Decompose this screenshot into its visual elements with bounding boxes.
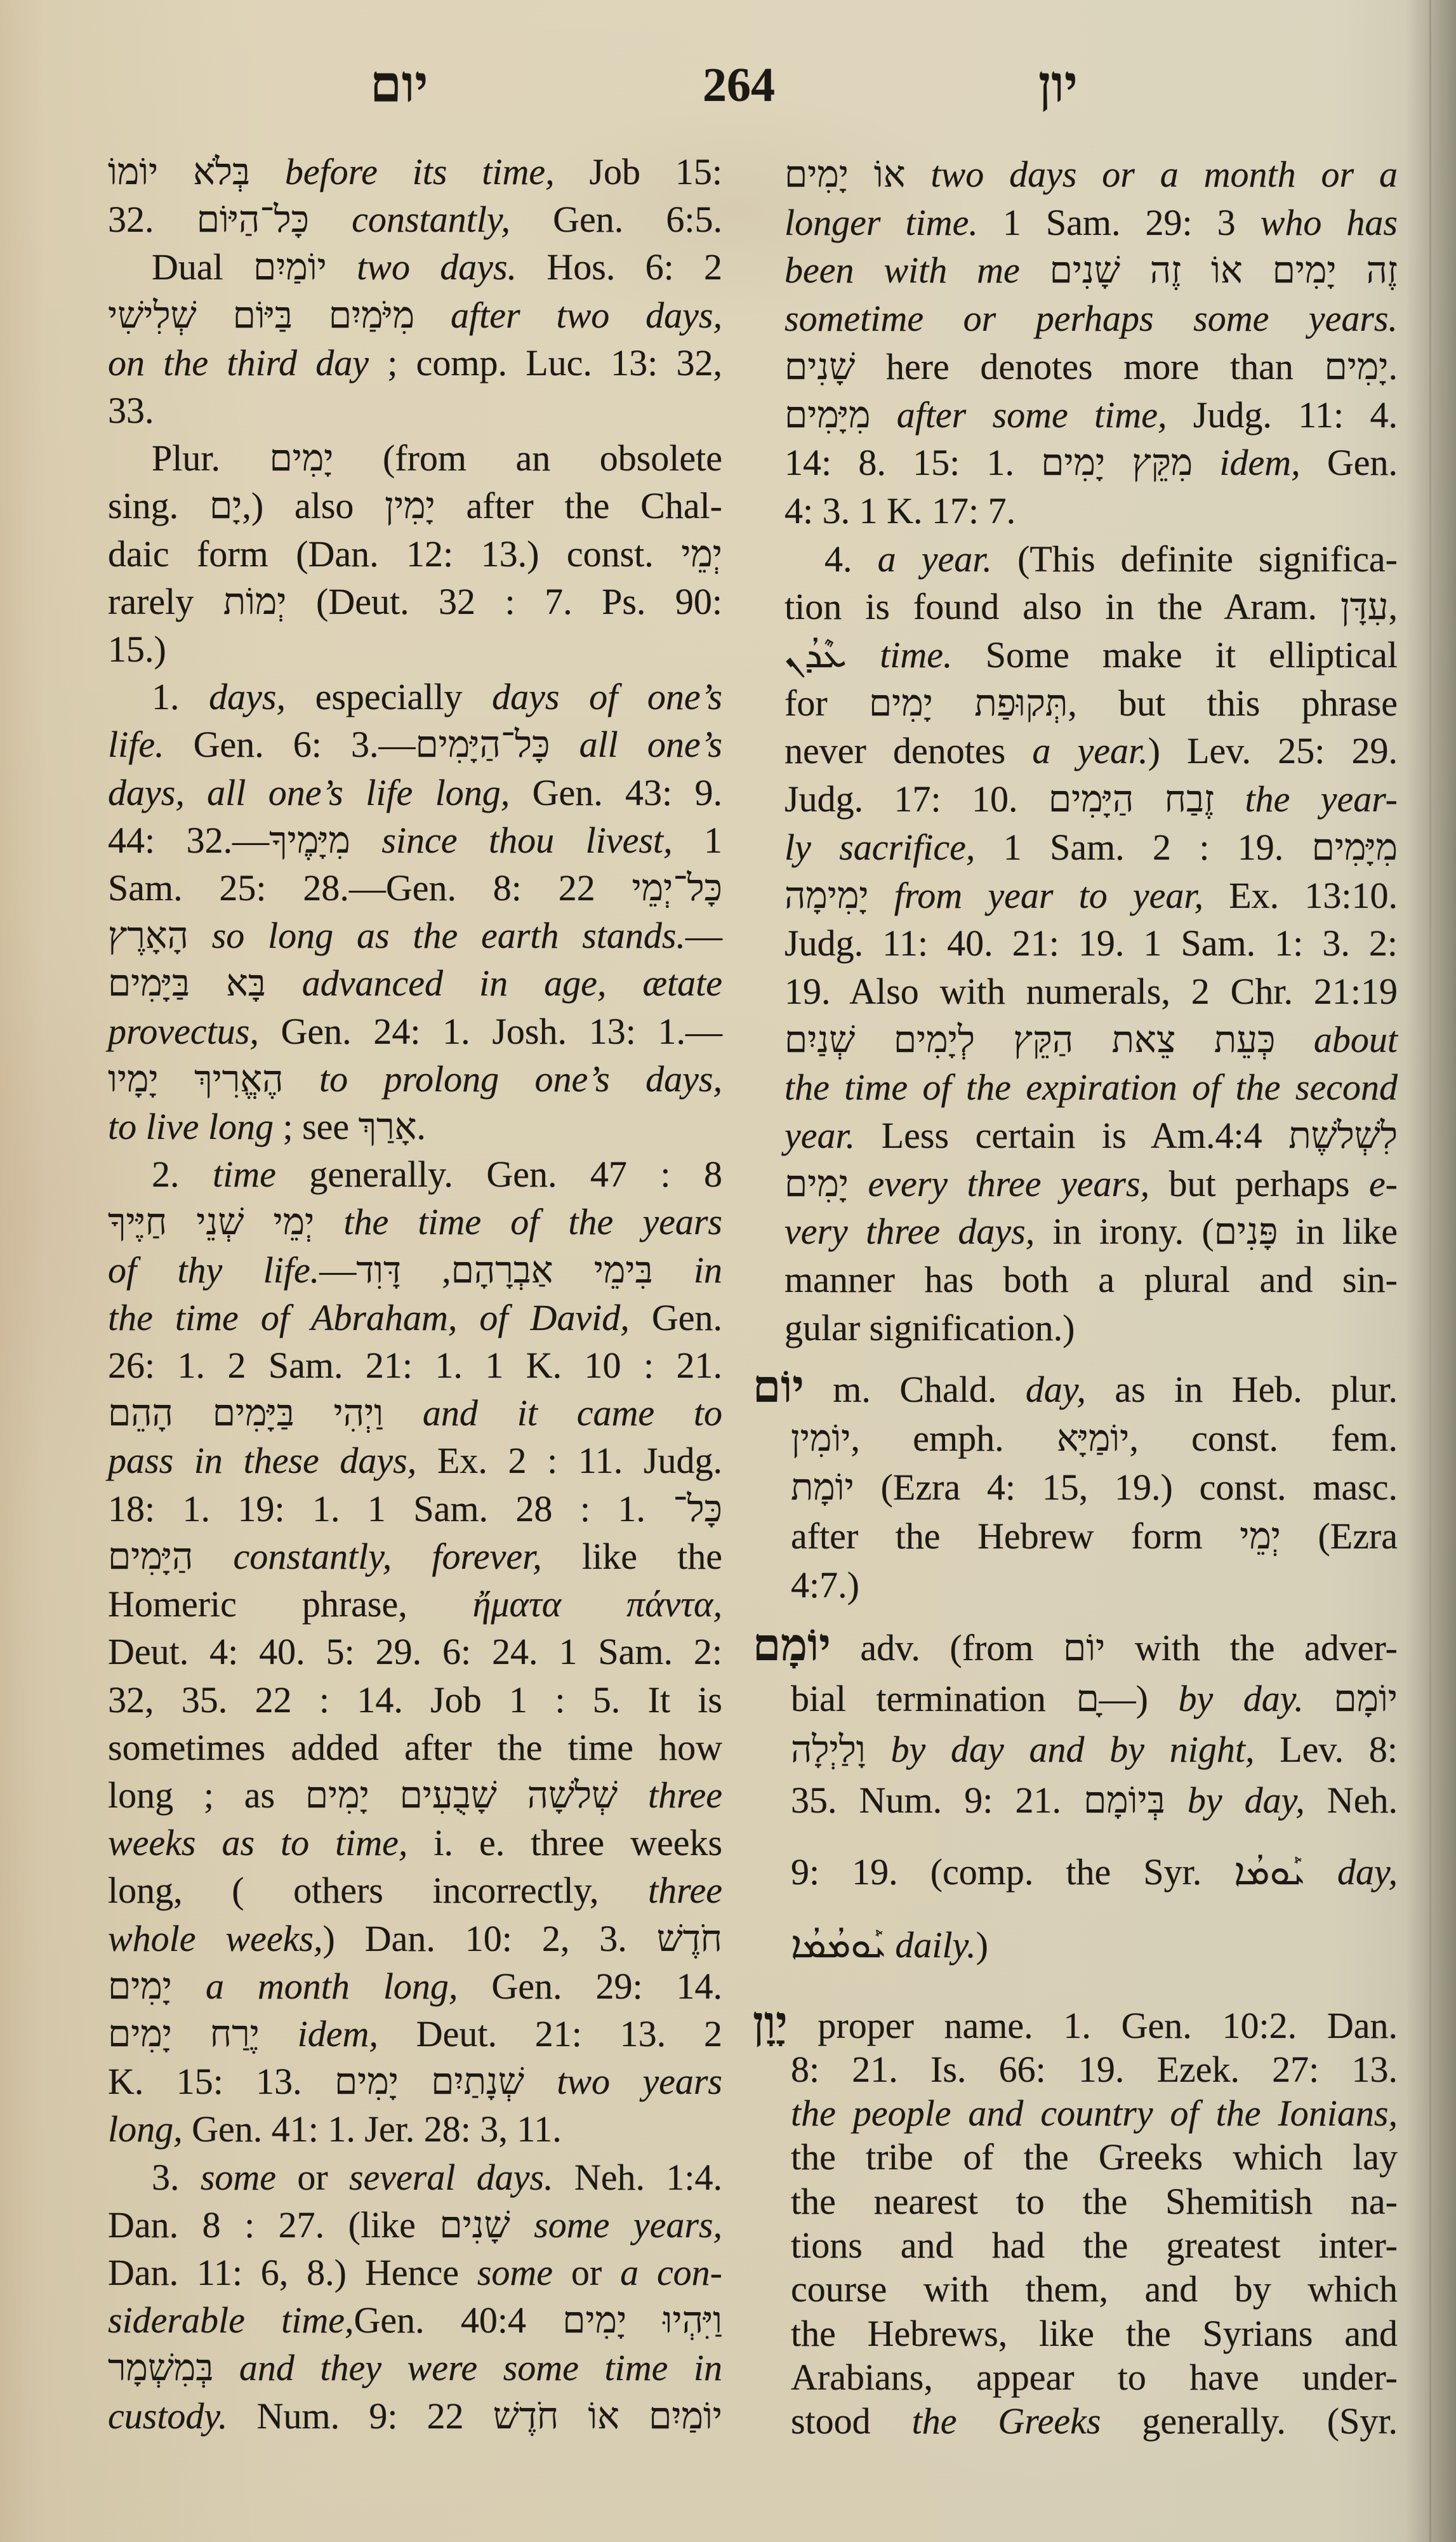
text-line: long ; as שְׁלשָׁה שָׁבֻעִים יָמִים thre… (108, 1771, 722, 1819)
italic-text: and it came to (423, 1392, 722, 1434)
text-line: long, ( others incorrectly, three (108, 1867, 722, 1914)
roman-text: 32, 35. 22 : 14. Job 1 : 5. It is (108, 1679, 722, 1720)
text-line: 15.) (108, 625, 722, 673)
italic-text: some years, (534, 2204, 722, 2246)
text-line: 44: 32.—מִיָּמֶיךָ since thou livest, 1 (108, 816, 722, 864)
text-line: bial termination ‏—ָם) by day. יוֹמָם (791, 1674, 1398, 1724)
roman-text: rarely יְמוֹת (Deut. 32 : 7. Ps. 90: (108, 581, 722, 622)
roman-text: ; see אָרַךְ. (274, 1106, 426, 1147)
text-line: pass in these days, Ex. 2 : 11. Judg. (108, 1437, 722, 1484)
roman-text: after the Hebrew form יְמֵי (Ezra (791, 1515, 1398, 1557)
italic-text: weeks as to time, (108, 1822, 407, 1863)
roman-text: Deut. 4: 40. 5: 29. 6: 24. 1 Sam. 2: (108, 1631, 722, 1672)
italic-text: the time of Abraham, of David, (108, 1297, 630, 1338)
roman-text: long ; as שְׁלשָׁה שָׁבֻעִים יָמִים (108, 1774, 648, 1816)
italic-text: life. (108, 724, 164, 765)
text-line: manner has both a plural and sin- (784, 1256, 1398, 1304)
roman-text: Ex. 2 : 11. Judg. (416, 1440, 722, 1481)
roman-text: Some make it elliptical (953, 634, 1398, 675)
roman-text: Deut. 21: 13. 2 (378, 2013, 722, 2054)
italic-text: sometime or perhaps some years. (784, 298, 1398, 339)
roman-text: the tribe of the Greeks which lay (791, 2136, 1398, 2178)
roman-text: ) (976, 1924, 988, 1966)
text-line: tions and had the greatest inter- (791, 2223, 1398, 2267)
italic-text: who has (1261, 202, 1398, 243)
italic-text: before its time, (285, 151, 555, 192)
roman-text: Neh. (1305, 1780, 1398, 1821)
text-line: very three days, in irony. (פָּנִים in l… (784, 1208, 1398, 1256)
italic-text: advanced in age, ætate (302, 962, 722, 1004)
italic-text: idem, (298, 2013, 378, 2054)
roman-text: never denotes (784, 730, 1032, 771)
roman-text: Homeric phrase, (108, 1583, 473, 1625)
roman-text: 26: 1. 2 Sam. 21: 1. 1 K. 10 : 21. (108, 1345, 722, 1386)
text-line: בְּמִשְׁמָר and they were some time in (108, 2344, 722, 2392)
italic-text: every three years, (868, 1163, 1149, 1204)
roman-text: Judg. 11: 40. 21: 19. 1 Sam. 1: 3. 2: (784, 922, 1398, 964)
roman-text: וַיְהִי בַּיָּמִים הָהֵם (108, 1392, 423, 1434)
roman-text: like the (542, 1536, 722, 1577)
text-line: יְמֵי שְׁנֵי חַיֶּיךָ the time of the ye… (108, 1198, 722, 1246)
roman-text: Gen. (1300, 442, 1398, 483)
roman-text: 2. (152, 1154, 213, 1195)
roman-text: יָמִים (784, 1163, 868, 1204)
text-line: Dual יוֹמַיִם two days. Hos. 6: 2 (108, 243, 722, 291)
text-line: 26: 1. 2 Sam. 21: 1. 1 K. 10 : 21. (108, 1341, 722, 1389)
text-line: stood the Greeks generally. (Syr. (791, 2399, 1398, 2443)
roman-text: בְּמִשְׁמָר (108, 2347, 239, 2388)
roman-text: Gen. 6:5. (510, 199, 722, 240)
italic-text: siderable time, (108, 2299, 354, 2341)
text-line: whole weeks,) Dan. 10: 2, 3. חֹדֶשׁ (108, 1915, 722, 1962)
text-line: 4:7.) (791, 1560, 1398, 1609)
roman-text: daic form (Dan. 12: 13.) const. יְמֵי (108, 533, 722, 575)
roman-text: the nearest to the Shemitish na- (791, 2181, 1398, 2222)
text-line: Homeric phrase, ἤματα πάντα, (108, 1580, 722, 1628)
roman-text: m. Chald. (804, 1369, 1026, 1410)
roman-text: Num. 9: 22 יוֹמַיִם אוֹ חֹדֶשׁ (227, 2395, 722, 2437)
text-line: יָוָן proper name. 1. Gen. 10:2. Dan. (791, 2002, 1398, 2047)
italic-text: two days. (357, 246, 517, 288)
roman-text: Dan. 11: 6, 8.) Hence (108, 2252, 477, 2293)
roman-text: Sam. 25: 28.—Gen. 8: 22 כָּל־יְמֵי (108, 867, 722, 908)
roman-text: stood (791, 2400, 912, 2442)
italic-text: constantly, forever, (234, 1536, 542, 1577)
text-line: 35. Num. 9: 21. בְּיוֹמָם by day, Neh. (791, 1775, 1398, 1826)
roman-text: 18: 1. 19: 1. 1 Sam. 28 : 1. כָּל־ (108, 1488, 722, 1529)
roman-text: 4:7.) (791, 1564, 859, 1606)
italic-text: and they were some time in (239, 2347, 722, 2388)
roman-text: 9: 19. (comp. the Syr. ܝܰܘܡܳܐ (791, 1851, 1337, 1893)
roman-text: וָלַיְלָה (791, 1729, 890, 1770)
text-line: אוֹ יָמִים two days or a month or a (784, 150, 1398, 199)
roman-text: יוֹמָם (1304, 1678, 1398, 1719)
italic-text: time. (880, 634, 952, 675)
italic-text: long, (108, 2108, 183, 2150)
roman-text: יָמִים (108, 1966, 206, 2007)
roman-text: 35. Num. 9: 21. בְּיוֹמָם (791, 1780, 1188, 1821)
roman-text: but perhaps (1149, 1163, 1369, 1204)
text-line: to live long ; see אָרַךְ. (108, 1103, 722, 1150)
italic-text: two years (557, 2061, 722, 2102)
text-line: Judg. 11: 40. 21: 19. 1 Sam. 1: 3. 2: (784, 919, 1398, 968)
italic-text: three (648, 1870, 722, 1911)
roman-text: מִיָּמִים (784, 394, 897, 436)
text-line: ܝܰܘܡܳܡܳܐ daily.) (791, 1920, 1398, 1971)
italic-text: e- (1369, 1163, 1398, 1204)
roman-text: Less certain is Am.4:4 לִשְׁלשֶׁת (855, 1115, 1398, 1156)
roman-text: אוֹ יָמִים (784, 154, 930, 195)
italic-text: the time of the expiration of the second (784, 1067, 1398, 1108)
roman-text: long, ( others incorrectly, (108, 1870, 648, 1911)
text-line: כְּעֵת צֵאת הַקֵּץ לְיָמִים שְׁנַיִם abo… (784, 1016, 1398, 1064)
roman-text: especially (286, 676, 492, 717)
roman-text: tion is found also in the Aram. עִדָּן, (784, 586, 1398, 627)
roman-text: Gen. 6: 3.—כָּל־הַיָּמִים (164, 724, 579, 765)
text-line: siderable time,Gen. 40:4 וַיִּהְיוּ יָמִ… (108, 2296, 722, 2344)
text-line: 9: 19. (comp. the Syr. ܝܰܘܡܳܐ day, (791, 1847, 1398, 1898)
roman-text: כְּעֵת צֵאת הַקֵּץ לְיָמִים שְׁנַיִם (784, 1019, 1314, 1060)
roman-text: ) Dan. 10: 2, 3. חֹדֶשׁ (322, 1918, 722, 1959)
headword: יָוָן (753, 1999, 788, 2048)
text-line: days, all one’s life long, Gen. 43: 9. (108, 769, 722, 816)
italic-text: time (213, 1154, 276, 1195)
headword: יוֹמָם (753, 1621, 831, 1670)
roman-text: הֶאֱרִיךְ יָמָיו (108, 1058, 319, 1100)
italic-text: day, (1337, 1851, 1398, 1893)
italic-text: two days or a month or a (930, 154, 1398, 195)
italic-text: very three days, (784, 1211, 1035, 1252)
text-line: ly sacrifice, 1 Sam. 2 : 19. מִיָּמִים (784, 823, 1398, 872)
italic-text: daily. (895, 1924, 976, 1966)
text-line: הָאָרֶץ so long as the earth stands.— (108, 912, 722, 959)
italic-text: several days. (349, 2157, 553, 2198)
italic-text: a year. (878, 538, 992, 580)
text-line: 19. Also with numerals, 2 Chr. 21:19 (784, 968, 1398, 1016)
roman-text: or (553, 2252, 620, 2293)
text-line: on the third day ; comp. Luc. 13: 32, (108, 339, 722, 387)
running-header: יום 264 יון (0, 53, 1456, 123)
roman-text: Hos. 6: 2 (517, 246, 722, 288)
entry-block: יוֹם m. Chald. day, as in Heb. plur.יוֹמ… (784, 1363, 1398, 1609)
italic-text: after two days, (451, 295, 722, 336)
roman-text: 4. (824, 538, 878, 580)
roman-text: Gen. 40:4 וַיִּהְיוּ יָמִים (354, 2299, 722, 2341)
roman-text: Gen. 29: 14. (458, 1966, 722, 2007)
roman-text: 8: 21. Is. 66: 19. Ezek. 27: 13. (791, 2049, 1398, 2090)
italic-text: a con- (620, 2252, 722, 2293)
italic-text: to live long (108, 1106, 274, 1147)
roman-text: in irony. (פָּנִים in like (1035, 1211, 1398, 1252)
italic-text: provectus, (108, 1011, 259, 1052)
text-line: life. Gen. 6: 3.—כָּל־הַיָּמִים all one’… (108, 721, 722, 768)
roman-text: adv. (from יוֹם with the adver- (831, 1627, 1398, 1668)
italic-text: constantly, (352, 199, 510, 240)
text-line: Deut. 4: 40. 5: 29. 6: 24. 1 Sam. 2: (108, 1628, 722, 1675)
text-line: the tribe of the Greeks which lay (791, 2135, 1398, 2179)
roman-text: בְּלֹא יוֹמוֹ (108, 151, 285, 192)
italic-text: in (694, 1249, 722, 1291)
text-line: 3. some or several days. Neh. 1:4. (108, 2153, 722, 2201)
text-line: 32. כָּל־הַיּוֹם constantly, Gen. 6:5. (108, 196, 722, 243)
roman-text: Gen. 24: 1. Josh. 13: 1.— (259, 1011, 722, 1052)
text-line: Sam. 25: 28.—Gen. 8: 22 כָּל־יְמֵי (108, 864, 722, 912)
italic-text: after some time, (897, 394, 1167, 436)
left-column: בְּלֹא יוֹמוֹ before its time, Job 15:32… (108, 148, 722, 2440)
italic-text: idem, (1219, 442, 1300, 483)
text-line: sometime or perhaps some years. (784, 295, 1398, 343)
roman-text: Gen. 43: 9. (510, 772, 722, 813)
text-line: וָלַיְלָה by day and by night, Lev. 8: (791, 1724, 1398, 1775)
page-number: 264 (701, 53, 777, 117)
roman-text: Lev. 8: (1254, 1729, 1398, 1770)
text-line: sing. יָם,) also יָמִין after the Chal- (108, 482, 722, 529)
italic-text: day, (1026, 1369, 1086, 1410)
italic-text: three (648, 1774, 722, 1816)
text-line: 8: 21. Is. 66: 19. Ezek. 27: 13. (791, 2047, 1398, 2091)
text-line: been with me זֶה יָמִים אוֹ זֶה שָׁנִים (784, 246, 1398, 295)
italic-text: on the third day (108, 342, 369, 383)
italic-text: about (1314, 1019, 1398, 1060)
italic-text: since thou livest, (381, 820, 672, 861)
text-line: Arabians, appear to have under- (791, 2355, 1398, 2399)
italic-text: the year- (1245, 778, 1398, 820)
roman-text: זֶה יָמִים אוֹ זֶה שָׁנִים (1020, 250, 1398, 291)
roman-text: manner has both a plural and sin- (784, 1259, 1398, 1300)
italic-text: all one’s (579, 724, 722, 765)
text-line: the nearest to the Shemitish na- (791, 2179, 1398, 2223)
italic-text: longer time. (784, 202, 978, 243)
text-line: שָׁנִים here denotes more than יָמִים. (784, 343, 1398, 391)
italic-text: days, all one’s life long, (108, 772, 510, 813)
text-line: longer time. 1 Sam. 29: 3 who has (784, 199, 1398, 247)
roman-text: Neh. 1:4. (553, 2157, 722, 2198)
roman-text: ) Lev. 25: 29. (1148, 730, 1398, 771)
text-line: 1. days, especially days of one’s (108, 673, 722, 721)
roman-text: Gen. 41: 1. Jer. 28: 3, 11. (183, 2108, 562, 2150)
roman-text: הָאָרֶץ (108, 915, 212, 956)
italic-text: so long as the earth stands. (212, 915, 685, 956)
roman-text: יוֹמָת (Ezra 4: 15, 19.) const. masc. (791, 1467, 1398, 1508)
roman-text: הַיָּמִים (108, 1536, 234, 1577)
guide-word-right: יון (1038, 53, 1078, 117)
roman-text: 14: 8. 15: 1. מִקֵּץ יָמִים (784, 442, 1219, 483)
roman-text: i. e. three weeks (407, 1822, 722, 1863)
text-line: course with them, and by which (791, 2267, 1398, 2311)
text-line: 18: 1. 19: 1. 1 Sam. 28 : 1. כָּל־ (108, 1485, 722, 1533)
italic-text: some (201, 2157, 276, 2198)
roman-text: generally. (Syr. (1101, 2400, 1398, 2442)
roman-text: as in Heb. plur. (1086, 1369, 1398, 1410)
roman-text: gular signification.) (784, 1307, 1075, 1348)
text-line: year. Less certain is Am.4:4 לִשְׁלשֶׁת (784, 1112, 1398, 1160)
italic-text: a year. (1032, 730, 1148, 771)
text-line: provectus, Gen. 24: 1. Josh. 13: 1.— (108, 1008, 722, 1055)
guide-word-left: יום (370, 53, 428, 117)
text-line: יֶרַח יָמִים idem, Deut. 21: 13. 2 (108, 2010, 722, 2058)
roman-text: 33. (108, 390, 154, 431)
roman-text: 15.) (108, 629, 166, 670)
roman-text: 3. (152, 2157, 201, 2198)
text-line: Plur. יָמִים (from an obsolete (108, 434, 722, 482)
text-line: K. 15: 13. שְׁנָתַיִם יָמִים two years (108, 2058, 722, 2105)
roman-text: יָמִימָה (784, 875, 894, 916)
text-line: rarely יְמוֹת (Deut. 32 : 7. Ps. 90: (108, 578, 722, 625)
text-line: the people and country of the Ionians, (791, 2091, 1398, 2135)
text-line: יָמִימָה from year to year, Ex. 13:10. (784, 872, 1398, 920)
roman-text: 4: 3. 1 K. 17: 7. (784, 490, 1016, 531)
italic-text: custody. (108, 2395, 227, 2437)
italic-text: ly sacrifice, (784, 827, 975, 868)
text-line: tion is found also in the Aram. עִדָּן, (784, 583, 1398, 631)
italic-text: some (477, 2252, 553, 2293)
roman-text: Ex. 13:10. (1203, 875, 1398, 916)
text-line: יוֹמָת (Ezra 4: 15, 19.) const. masc. (791, 1463, 1398, 1512)
roman-text: generally. Gen. 47 : 8 (276, 1154, 722, 1195)
italic-text: days, (209, 676, 286, 717)
text-line: never denotes a year.) Lev. 25: 29. (784, 727, 1398, 775)
text-line: for תְּקוּפַת יָמִים, but this phrase (784, 679, 1398, 728)
roman-text: ܝܰܘܡܳܡܳܐ (791, 1924, 895, 1966)
roman-text: שָׁנִים here denotes more than יָמִים. (784, 346, 1398, 387)
text-line: יוֹמִין, emph. יוֹמַיָּא, const. fem. (791, 1414, 1398, 1463)
text-line: 4: 3. 1 K. 17: 7. (784, 487, 1398, 535)
text-line: הַיָּמִים constantly, forever, like the (108, 1533, 722, 1580)
roman-text: bial termination ‏—ָם) (791, 1678, 1179, 1719)
italic-text: to prolong one’s days, (319, 1058, 722, 1100)
text-line: daic form (Dan. 12: 13.) const. יְמֵי (108, 530, 722, 578)
text-line: long, Gen. 41: 1. Jer. 28: 3, 11. (108, 2105, 722, 2153)
text-line: 32, 35. 22 : 14. Job 1 : 5. It is (108, 1676, 722, 1724)
text-line: 2. time generally. Gen. 47 : 8 (108, 1150, 722, 1198)
roman-text: 1 Sam. 29: 3 (978, 202, 1261, 243)
roman-text: יְמֵי שְׁנֵי חַיֶּיךָ (108, 1201, 343, 1242)
roman-text: 32. כָּל־הַיּוֹם (108, 199, 352, 240)
roman-text: 1 (673, 820, 723, 861)
text-line: the time of the expiration of the second (784, 1063, 1398, 1112)
roman-text: — (685, 915, 722, 956)
text-line: בְּלֹא יוֹמוֹ before its time, Job 15: (108, 148, 722, 196)
roman-text: sing. יָם,) also יָמִין after the Chal- (108, 485, 722, 526)
roman-text: tions and had the greatest inter- (791, 2225, 1398, 2266)
italic-text: a month long, (206, 1966, 458, 2007)
italic-text: by day and by night, (890, 1729, 1254, 1770)
roman-text: K. 15: 13. שְׁנָתַיִם יָמִים (108, 2061, 557, 2102)
roman-text: proper name. 1. Gen. 10:2. Dan. (788, 2005, 1398, 2046)
text-line: custody. Num. 9: 22 יוֹמַיִם אוֹ חֹדֶשׁ (108, 2392, 722, 2440)
roman-text: 44: 32.—מִיָּמֶיךָ (108, 820, 381, 861)
roman-text: Arabians, appear to have under- (791, 2357, 1398, 2398)
roman-text: בָּא בַּיָּמִים (108, 962, 302, 1004)
italic-text: by day. (1179, 1678, 1304, 1719)
roman-text: 1. (152, 676, 209, 717)
text-line: הֶאֱרִיךְ יָמָיו to prolong one’s days, (108, 1055, 722, 1103)
text-line: יוֹמָם adv. (from יוֹם with the adver- (791, 1620, 1398, 1674)
italic-text: by day, (1188, 1780, 1305, 1821)
italic-text: been with me (784, 250, 1020, 291)
entry-block: בְּלֹא יוֹמוֹ before its time, Job 15:32… (108, 148, 722, 2440)
roman-text: the Hebrews, like the Syrians and (791, 2313, 1398, 2354)
roman-text: יוֹמִין, emph. יוֹמַיָּא, const. fem. (791, 1418, 1398, 1459)
entry-block: אוֹ יָמִים two days or a month or alonge… (784, 150, 1398, 1352)
italic-text: days of one’s (492, 676, 722, 717)
text-line: the time of Abraham, of David, Gen. (108, 1294, 722, 1341)
italic-text: year. (784, 1115, 855, 1156)
entry-block: יָוָן proper name. 1. Gen. 10:2. Dan.8: … (784, 2002, 1398, 2444)
text-line: יָמִים a month long, Gen. 29: 14. (108, 1962, 722, 2010)
text-line: of thy life.—בִּימֵי אַבְרָהָם, דָּוִד i… (108, 1246, 722, 1294)
roman-text: Job 15: (555, 151, 722, 192)
text-line: וַיְהִי בַּיָּמִים הָהֵם and it came to (108, 1389, 722, 1437)
text-line: מִיֹּמַיִם בַּיּוֹם שְׁלִישִׁי after two… (108, 291, 722, 339)
text-line: the Hebrews, like the Syrians and (791, 2312, 1398, 2355)
roman-text: for תְּקוּפַת יָמִים, but this phrase (784, 682, 1398, 724)
italic-text: of thy life. (108, 1249, 319, 1291)
headword: יוֹם (753, 1362, 804, 1412)
roman-text: Gen. (630, 1297, 722, 1338)
right-column: אוֹ יָמִים two days or a month or alonge… (784, 150, 1398, 2444)
italic-text: the time of the years (343, 1201, 722, 1242)
text-line: יָמִים every three years, but perhaps e- (784, 1160, 1398, 1208)
italic-text: from year to year, (894, 875, 1203, 916)
binding-shadow (1429, 0, 1431, 2542)
roman-text: ; comp. Luc. 13: 32, (369, 342, 722, 383)
roman-text: Plur. יָמִים (from an obsolete (152, 437, 722, 479)
roman-text: or (276, 2157, 349, 2198)
text-line: Dan. 8 : 27. (like שָׁנִים some years, (108, 2201, 722, 2249)
roman-text: Judg. 11: 4. (1167, 394, 1398, 436)
roman-text: (This definite significa- (992, 538, 1398, 580)
roman-text: Dan. 8 : 27. (like שָׁנִים (108, 2204, 534, 2246)
roman-text: sometimes added after the time how (108, 1727, 722, 1768)
italic-text: pass in these days, (108, 1440, 416, 1481)
text-line: Dan. 11: 6, 8.) Hence some or a con- (108, 2249, 722, 2296)
roman-text: יֶרַח יָמִים (108, 2013, 298, 2054)
text-line: ܥܶܕܳܢ time. Some make it elliptical (784, 631, 1398, 679)
roman-text: Judg. 17: 10. זֶבַח הַיָּמִים (784, 778, 1245, 820)
entry-block: יוֹמָם adv. (from יוֹם with the adver-bi… (784, 1620, 1398, 1971)
text-line: after the Hebrew form יְמֵי (Ezra (791, 1512, 1398, 1560)
roman-text: Dual יוֹמַיִם (152, 246, 357, 288)
text-line: Judg. 17: 10. זֶבַח הַיָּמִים the year- (784, 775, 1398, 823)
text-line: 14: 8. 15: 1. מִקֵּץ יָמִים idem, Gen. (784, 439, 1398, 487)
text-line: 33. (108, 387, 722, 434)
italic-text: whole weeks, (108, 1918, 322, 1959)
text-line: יוֹם m. Chald. day, as in Heb. plur. (791, 1363, 1398, 1414)
roman-text: —בִּימֵי אַבְרָהָם, דָּוִד (319, 1249, 694, 1291)
text-line: weeks as to time, i. e. three weeks (108, 1819, 722, 1867)
text-line: בָּא בַּיָּמִים advanced in age, ætate (108, 959, 722, 1007)
italic-text: the people and country of the Ionians, (791, 2093, 1398, 2134)
roman-text: course with them, and by which (791, 2268, 1398, 2310)
text-line: 4. a year. (This definite significa- (784, 535, 1398, 583)
roman-text: 19. Also with numerals, 2 Chr. 21:19 (784, 971, 1398, 1012)
text-line: מִיָּמִים after some time, Judg. 11: 4. (784, 391, 1398, 439)
roman-text: מִיֹּמַיִם בַּיּוֹם שְׁלִישִׁי (108, 295, 451, 336)
text-line: gular signification.) (784, 1304, 1398, 1352)
text-line: sometimes added after the time how (108, 1724, 722, 1771)
roman-text: 1 Sam. 2 : 19. מִיָּמִים (975, 827, 1398, 868)
italic-text: ἤματα πάντα, (473, 1583, 722, 1625)
italic-text: the Greeks (912, 2400, 1101, 2442)
roman-text: ܥܶܕܳܢ (784, 634, 880, 675)
